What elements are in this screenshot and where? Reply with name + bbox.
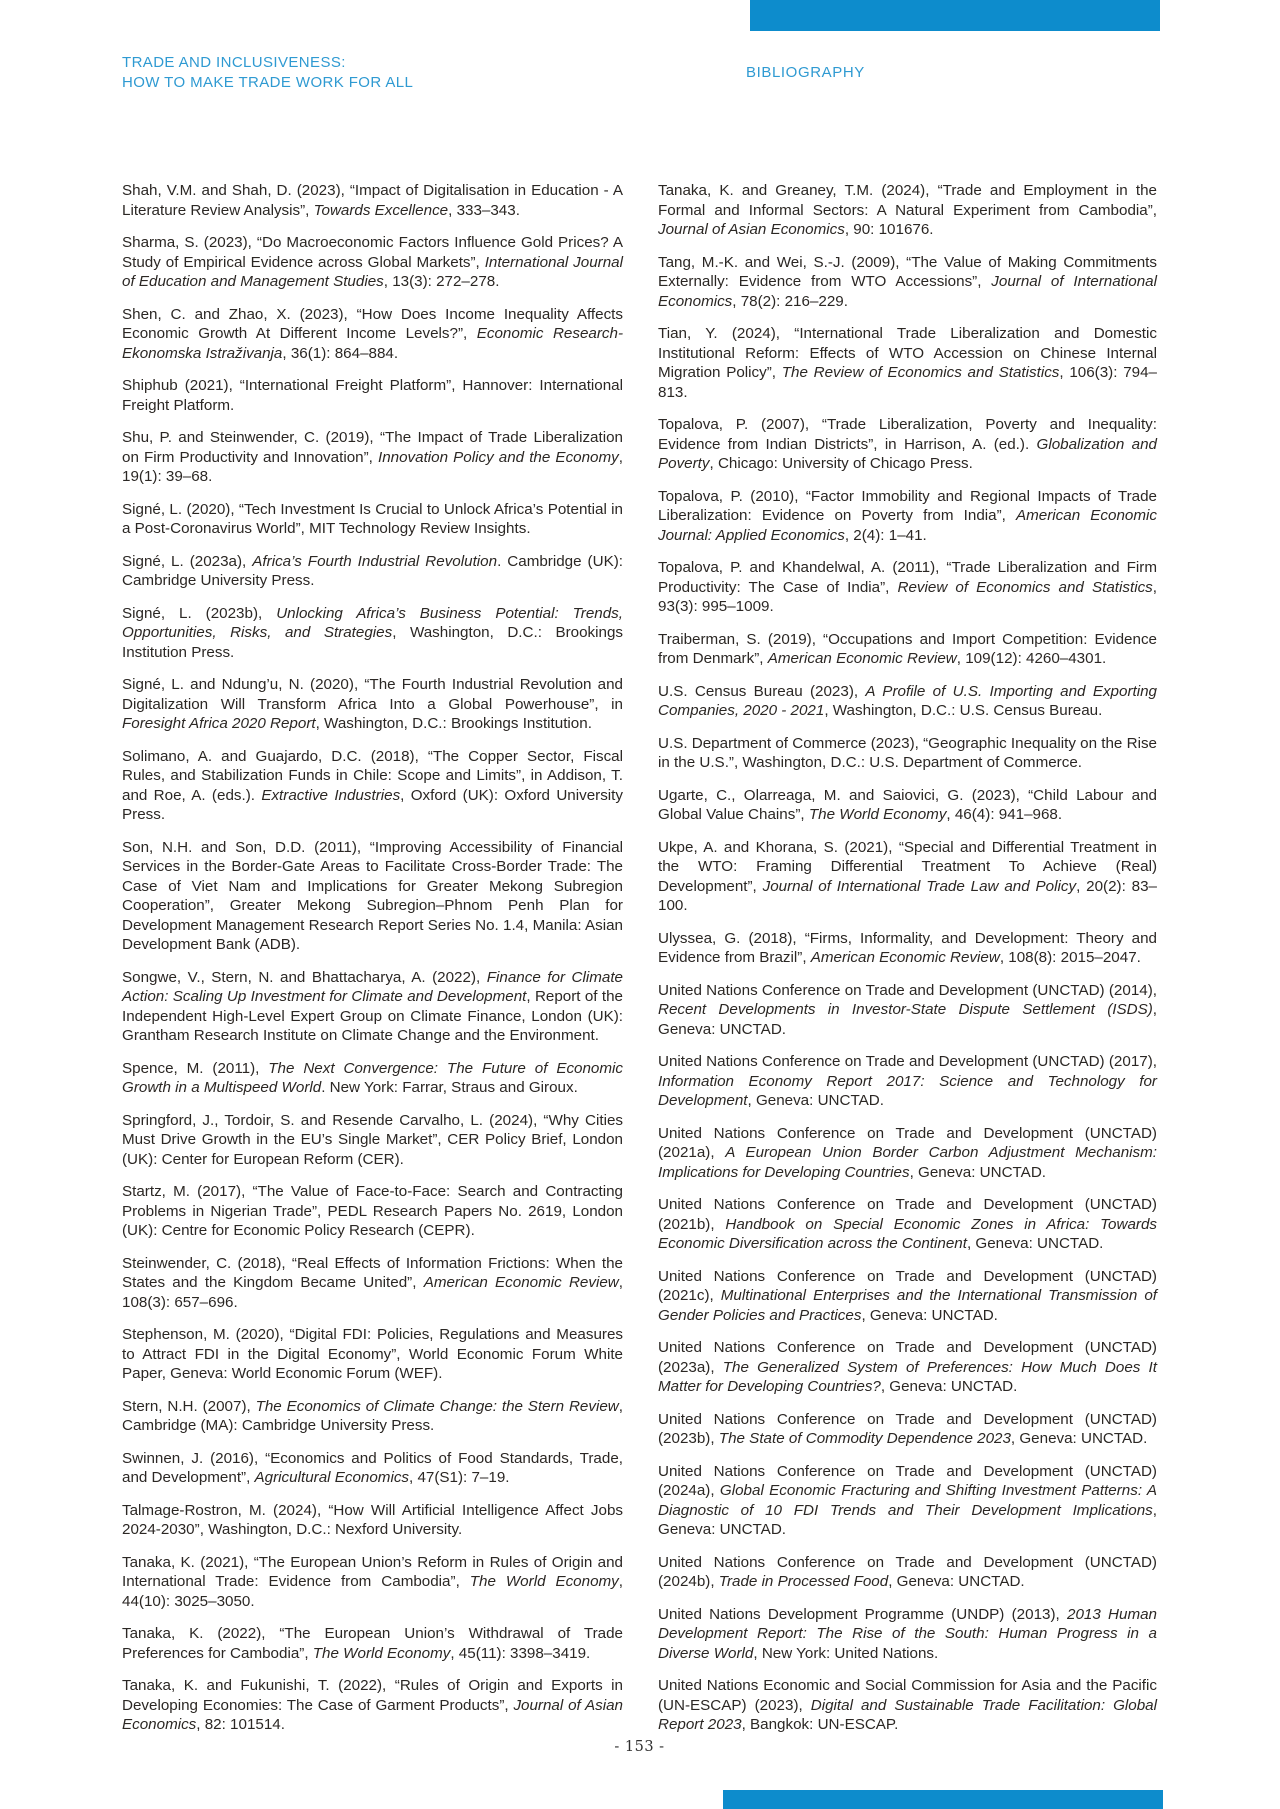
reference: Tanaka, K. (2022), “The European Union’s… <box>122 1624 623 1663</box>
bibliography-page: TRADE AND INCLUSIVENESS: HOW TO MAKE TRA… <box>0 0 1280 1809</box>
reference: Springford, J., Tordoir, S. and Resende … <box>122 1111 623 1170</box>
reference: United Nations Conference on Trade and D… <box>658 1052 1157 1111</box>
reference: United Nations Conference on Trade and D… <box>658 1410 1157 1449</box>
reference: Tanaka, K. and Greaney, T.M. (2024), “Tr… <box>658 181 1157 240</box>
reference: Shah, V.M. and Shah, D. (2023), “Impact … <box>122 181 623 220</box>
reference: Tanaka, K. (2021), “The European Union’s… <box>122 1553 623 1612</box>
reference: Tian, Y. (2024), “International Trade Li… <box>658 324 1157 402</box>
reference: United Nations Conference on Trade and D… <box>658 1462 1157 1540</box>
reference: Signé, L. (2020), “Tech Investment Is Cr… <box>122 500 623 539</box>
section-title: BIBLIOGRAPHY <box>746 63 865 83</box>
reference: Swinnen, J. (2016), “Economics and Polit… <box>122 1449 623 1488</box>
reference: Ulyssea, G. (2018), “Firms, Informality,… <box>658 929 1157 968</box>
reference: Topalova, P. (2007), “Trade Liberalizati… <box>658 415 1157 474</box>
reference: United Nations Conference on Trade and D… <box>658 981 1157 1040</box>
report-title-line1: TRADE AND INCLUSIVENESS: <box>122 53 413 73</box>
top-accent-bar <box>750 0 1160 31</box>
reference: Startz, M. (2017), “The Value of Face-to… <box>122 1182 623 1241</box>
reference: Topalova, P. (2010), “Factor Immobility … <box>658 487 1157 546</box>
page-footer: - 153 - <box>122 1739 1157 1755</box>
bottom-accent-bar <box>723 1790 1163 1809</box>
report-title-line2: HOW TO MAKE TRADE WORK FOR ALL <box>122 73 413 93</box>
page-number: - 153 - <box>614 1739 664 1755</box>
reference: Shiphub (2021), “International Freight P… <box>122 376 623 415</box>
reference: Talmage-Rostron, M. (2024), “How Will Ar… <box>122 1501 623 1540</box>
reference: Ugarte, C., Olarreaga, M. and Saiovici, … <box>658 786 1157 825</box>
reference: U.S. Department of Commerce (2023), “Geo… <box>658 734 1157 773</box>
reference: United Nations Development Programme (UN… <box>658 1605 1157 1664</box>
reference: Son, N.H. and Son, D.D. (2011), “Improvi… <box>122 838 623 955</box>
reference: Sharma, S. (2023), “Do Macroeconomic Fac… <box>122 233 623 292</box>
reference: Signé, L. and Ndung’u, N. (2020), “The F… <box>122 675 623 734</box>
column-right: Tanaka, K. and Greaney, T.M. (2024), “Tr… <box>658 181 1157 1748</box>
reference: Signé, L. (2023a), Africa’s Fourth Indus… <box>122 552 623 591</box>
reference: Signé, L. (2023b), Unlocking Africa’s Bu… <box>122 604 623 663</box>
reference: United Nations Conference on Trade and D… <box>658 1195 1157 1254</box>
reference: Topalova, P. and Khandelwal, A. (2011), … <box>658 558 1157 617</box>
reference: United Nations Conference on Trade and D… <box>658 1267 1157 1326</box>
report-title: TRADE AND INCLUSIVENESS: HOW TO MAKE TRA… <box>122 53 413 93</box>
reference: United Nations Conference on Trade and D… <box>658 1124 1157 1183</box>
column-left: Shah, V.M. and Shah, D. (2023), “Impact … <box>122 181 623 1748</box>
reference: Ukpe, A. and Khorana, S. (2021), “Specia… <box>658 838 1157 916</box>
reference: Stephenson, M. (2020), “Digital FDI: Pol… <box>122 1325 623 1384</box>
reference: Stern, N.H. (2007), The Economics of Cli… <box>122 1397 623 1436</box>
reference: Tang, M.-K. and Wei, S.-J. (2009), “The … <box>658 253 1157 312</box>
reference: Solimano, A. and Guajardo, D.C. (2018), … <box>122 747 623 825</box>
reference: Traiberman, S. (2019), “Occupations and … <box>658 630 1157 669</box>
reference: United Nations Conference on Trade and D… <box>658 1553 1157 1592</box>
reference: U.S. Census Bureau (2023), A Profile of … <box>658 682 1157 721</box>
reference: Shu, P. and Steinwender, C. (2019), “The… <box>122 428 623 487</box>
reference: Songwe, V., Stern, N. and Bhattacharya, … <box>122 968 623 1046</box>
reference: Tanaka, K. and Fukunishi, T. (2022), “Ru… <box>122 1676 623 1735</box>
reference: United Nations Economic and Social Commi… <box>658 1676 1157 1735</box>
reference: Steinwender, C. (2018), “Real Effects of… <box>122 1254 623 1313</box>
reference: United Nations Conference on Trade and D… <box>658 1338 1157 1397</box>
reference: Spence, M. (2011), The Next Convergence:… <box>122 1059 623 1098</box>
reference: Shen, C. and Zhao, X. (2023), “How Does … <box>122 305 623 364</box>
